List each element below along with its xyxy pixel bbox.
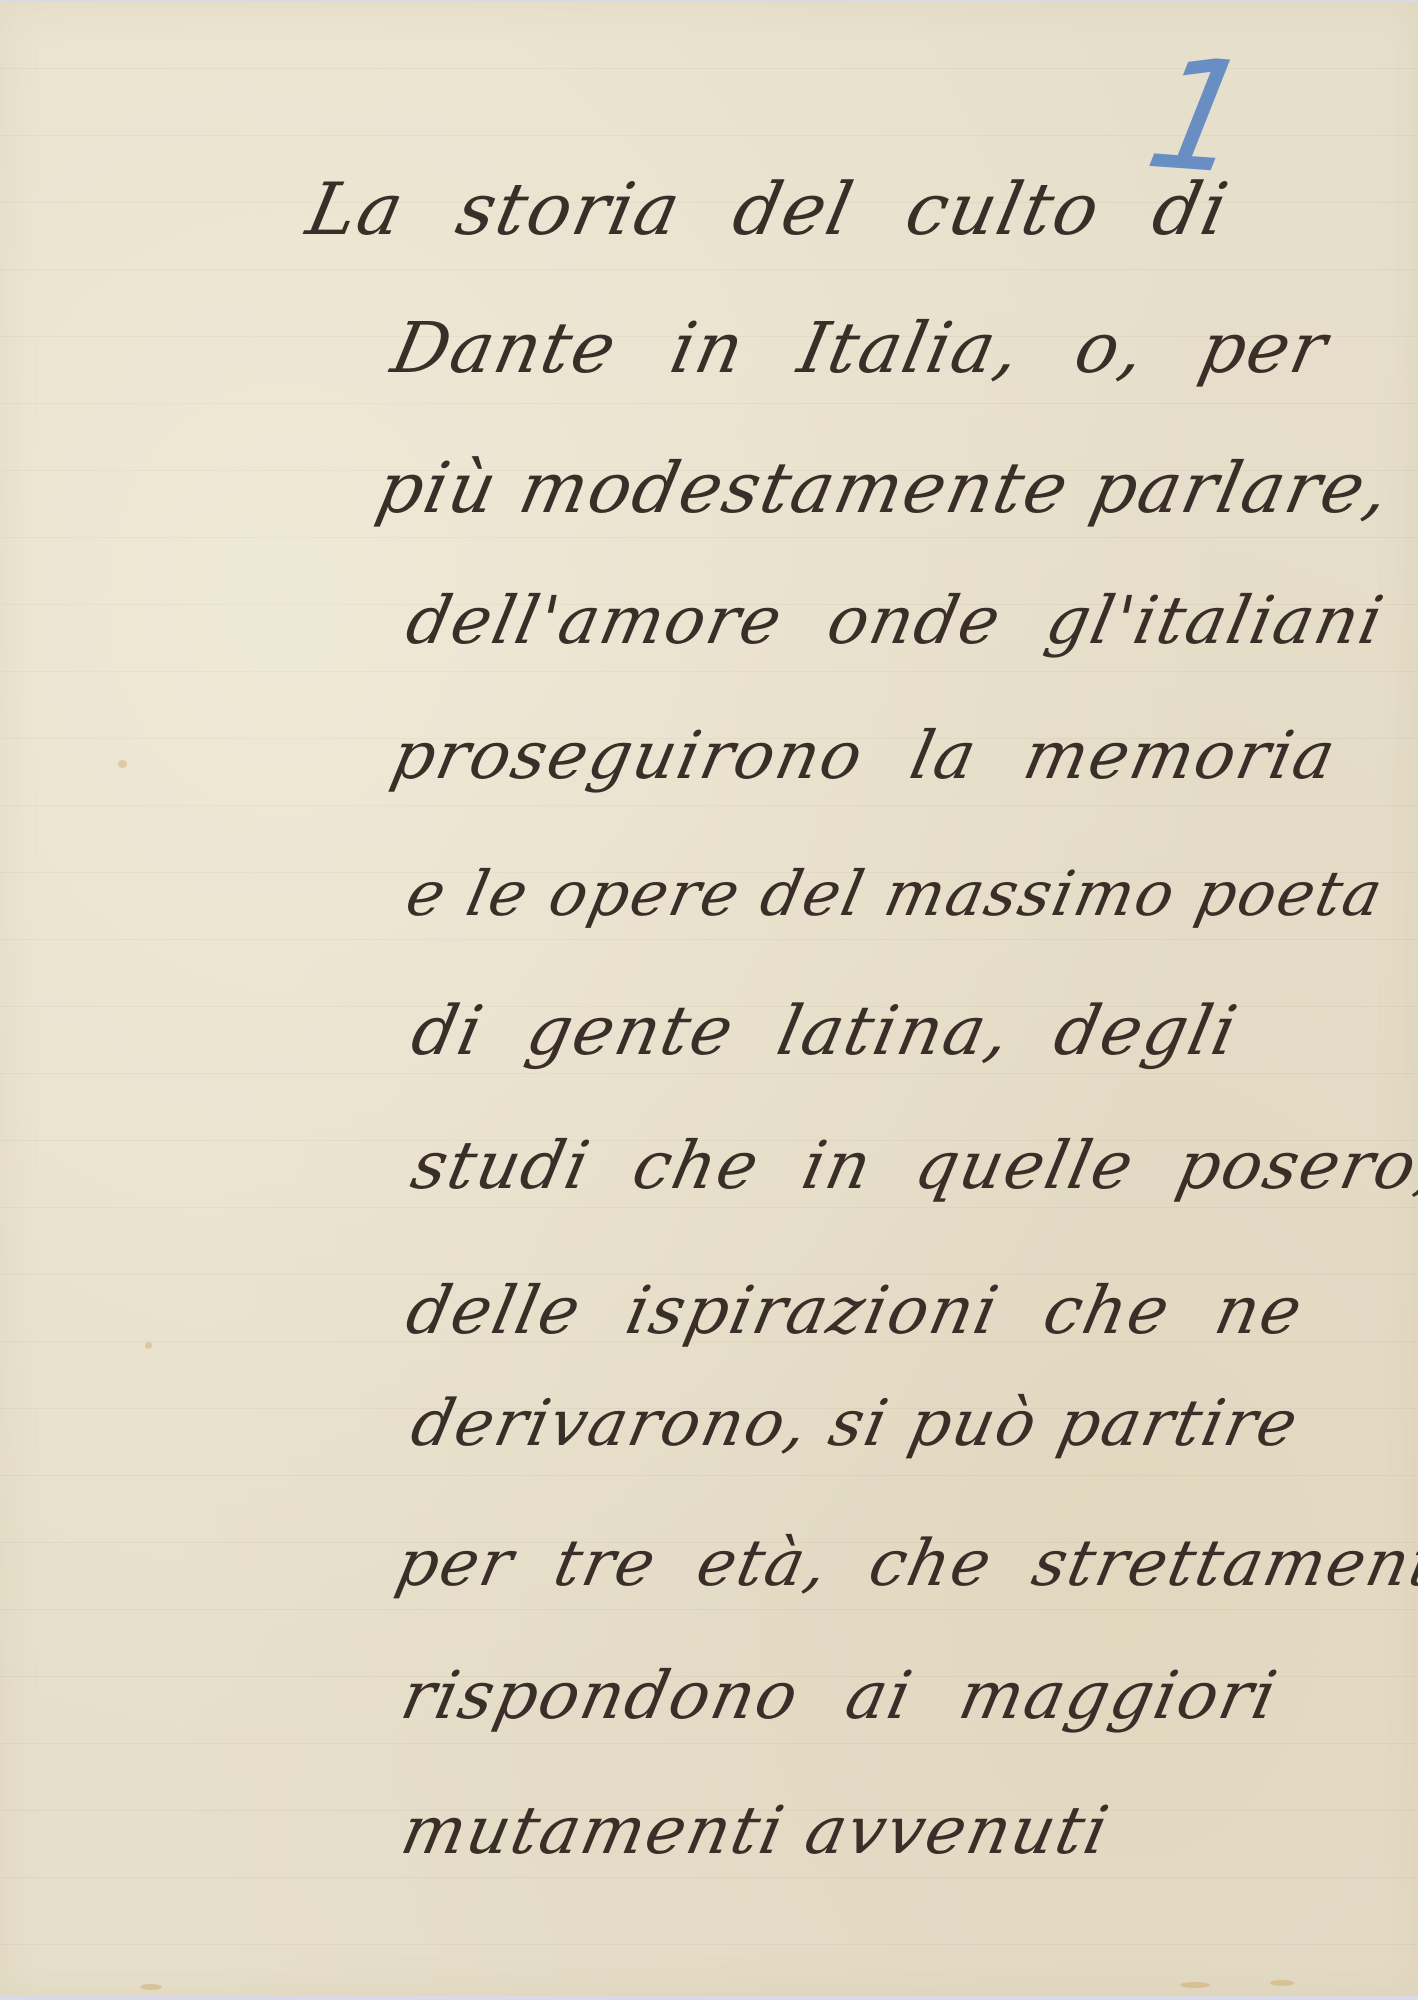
manuscript-line: dell'amore onde gl'italiani bbox=[400, 582, 1391, 659]
foxing-spot bbox=[1270, 1980, 1294, 1986]
manuscript-line: di gente latina, degli bbox=[405, 992, 1245, 1071]
manuscript-line: rispondono ai maggiori bbox=[395, 1657, 1285, 1734]
manuscript-line: per tre età, che strettamente bbox=[390, 1527, 1418, 1601]
foxing-spot bbox=[145, 1342, 152, 1349]
manuscript-line: più modestamente parlare, bbox=[370, 447, 1398, 529]
manuscript-line: e le opere del massimo poeta bbox=[400, 857, 1390, 930]
manuscript-line: delle ispirazioni che ne bbox=[400, 1272, 1310, 1349]
manuscript-line: La storia del culto di bbox=[300, 167, 1237, 251]
manuscript-line: proseguirono la memoria bbox=[385, 717, 1344, 794]
foxing-spot bbox=[118, 760, 127, 768]
manuscript-line: mutamenti avvenuti bbox=[395, 1792, 1117, 1869]
foxing-spot bbox=[1180, 1982, 1210, 1988]
manuscript-page: 1 La storia del culto di Dante in Italia… bbox=[0, 2, 1418, 1996]
manuscript-line: studi che in quelle posero, bbox=[405, 1127, 1418, 1204]
manuscript-line: Dante in Italia, o, per bbox=[385, 307, 1336, 389]
manuscript-line: derivarono, si può partire bbox=[405, 1387, 1306, 1461]
foxing-spot bbox=[140, 1984, 162, 1990]
